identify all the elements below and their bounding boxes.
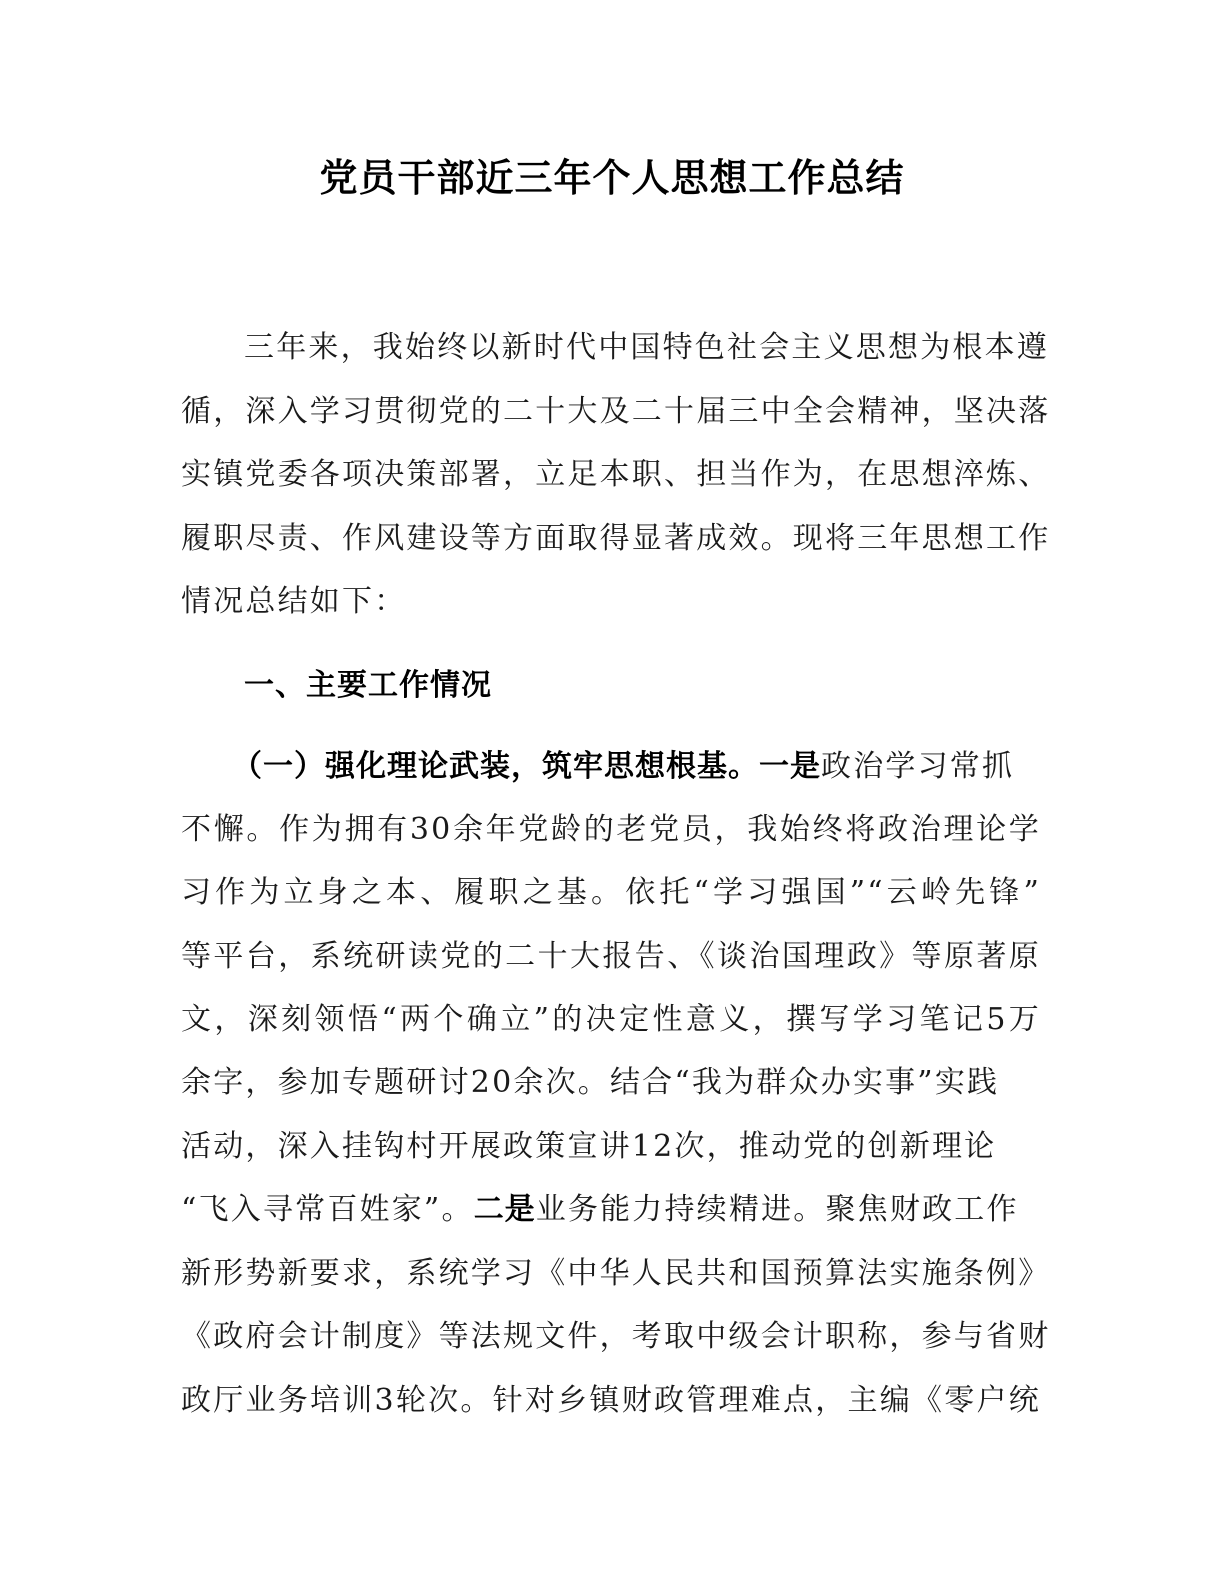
body-line: 《政府会计制度》等法规文件，考取中级会计职称，参与省财 xyxy=(181,1317,1041,1357)
subsection-line-1-rest: 政治学习常抓 xyxy=(821,749,1014,784)
body-line: 活动，深入挂钩村开展政策宣讲12次，推动党的创新理论 xyxy=(181,1127,1041,1167)
point-label-2: 二是 xyxy=(474,1192,536,1227)
body-line: 不懈。作为拥有30余年党龄的老党员，我始终将政治理论学 xyxy=(181,810,1041,850)
body-line-point-2: “飞入寻常百姓家”。二是业务能力持续精进。聚焦财政工作 xyxy=(181,1190,1041,1230)
body-line: 等平台，系统研读党的二十大报告、《谈治国理政》等原著原 xyxy=(181,937,1041,977)
intro-line-3: 实镇党委各项决策部署，立足本职、担当作为，在思想淬炼、 xyxy=(181,455,1041,495)
body-line: 政厅业务培训3轮次。针对乡镇财政管理难点，主编《零户统 xyxy=(181,1381,1041,1421)
body-line-8-before: “飞入寻常百姓家”。 xyxy=(181,1192,474,1227)
subsection-heading: （一）强化理论武装，筑牢思想根基。 xyxy=(232,749,759,784)
body-line: 文，深刻领悟“两个确立”的决定性意义，撰写学习笔记5万 xyxy=(181,1000,1041,1040)
intro-line-1: 三年来，我始终以新时代中国特色社会主义思想为根本遵 xyxy=(244,328,1041,368)
body-line: 新形势新要求，系统学习《中华人民共和国预算法实施条例》 xyxy=(181,1254,1041,1294)
body-line-8-after: 业务能力持续精进。聚焦财政工作 xyxy=(536,1192,1019,1227)
section-heading: 一、主要工作情况 xyxy=(244,666,1041,706)
point-label-1: 一是 xyxy=(759,749,821,784)
intro-line-5: 情况总结如下： xyxy=(181,582,1041,622)
document-title: 党员干部近三年个人思想工作总结 xyxy=(0,150,1224,206)
document-page: 党员干部近三年个人思想工作总结 三年来，我始终以新时代中国特色社会主义思想为根本… xyxy=(0,0,1224,1584)
body-line: 余字，参加专题研讨20余次。结合“我为群众办实事”实践 xyxy=(181,1063,1041,1103)
intro-line-4: 履职尽责、作风建设等方面取得显著成效。现将三年思想工作 xyxy=(181,519,1041,559)
intro-line-2: 循，深入学习贯彻党的二十大及二十届三中全会精神，坚决落 xyxy=(181,392,1041,432)
subsection-line-1: （一）强化理论武装，筑牢思想根基。一是政治学习常抓 xyxy=(232,747,1041,787)
body-line: 习作为立身之本、履职之基。依托“学习强国”“云岭先锋” xyxy=(181,873,1041,913)
